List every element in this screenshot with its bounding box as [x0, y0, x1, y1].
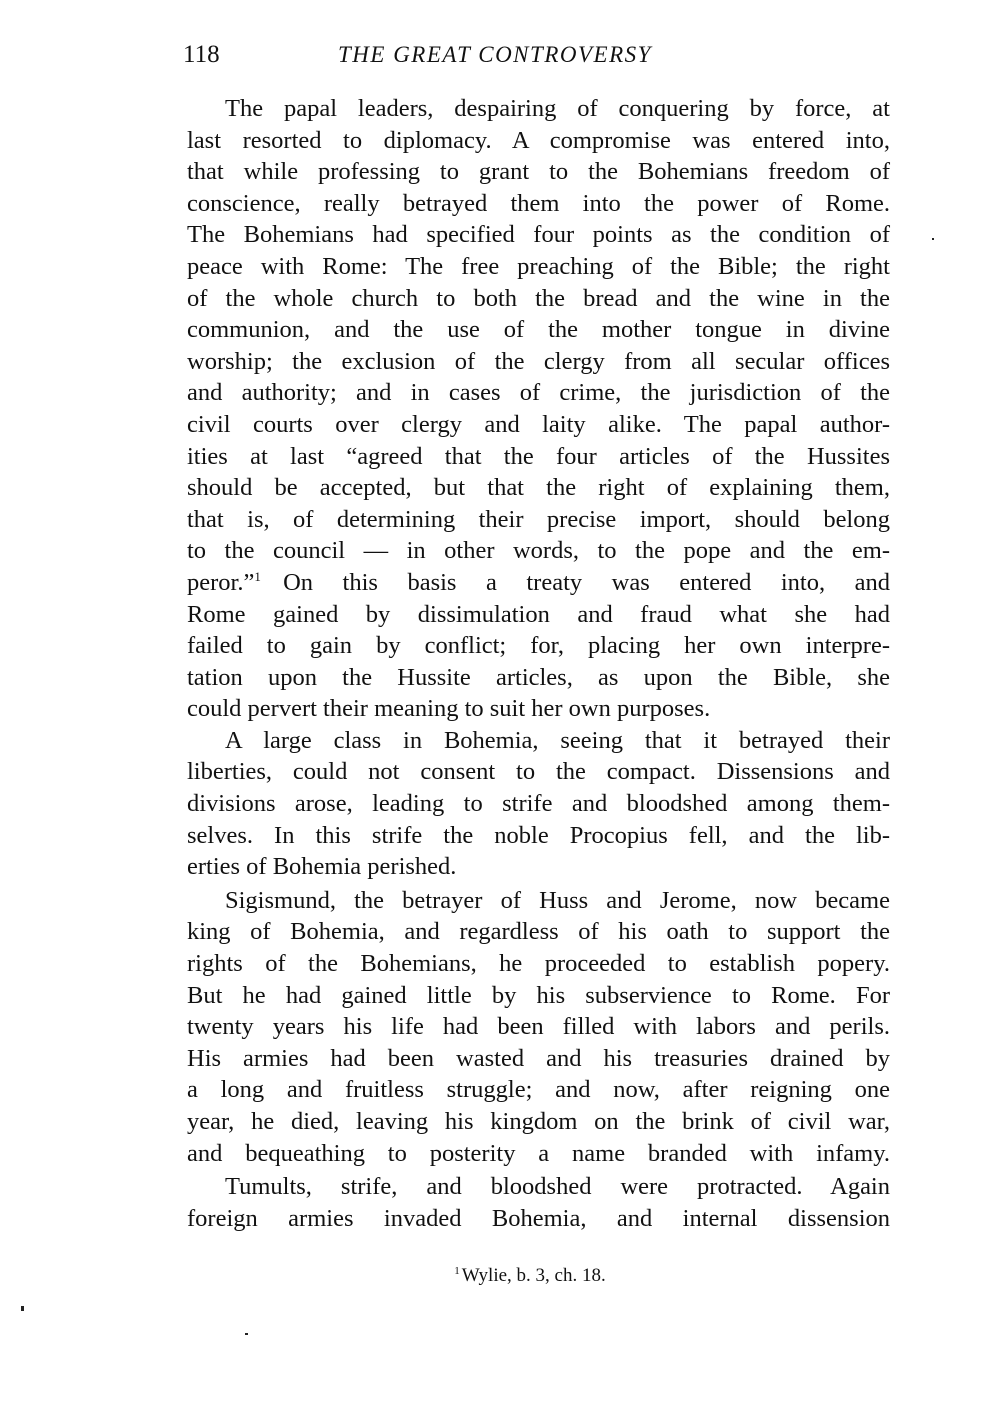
- paragraph: The papal leaders, despairing of conquer…: [187, 93, 890, 725]
- text-line: of the whole church to both the bread an…: [187, 283, 890, 315]
- text-line: Tumults, strife, and bloodshed were prot…: [187, 1171, 890, 1203]
- text-line: The Bohemians had specified four points …: [187, 219, 890, 251]
- text-line: that while professing to grant to the Bo…: [187, 156, 890, 188]
- text-line: civil courts over clergy and laity alike…: [187, 409, 890, 441]
- paragraph: Tumults, strife, and bloodshed were prot…: [187, 1171, 890, 1234]
- text-line: king of Bohemia, and regardless of his o…: [187, 916, 890, 948]
- text-line: a long and fruitless struggle; and now, …: [187, 1074, 890, 1106]
- scan-speck: [21, 1306, 24, 1311]
- text-line: Sigismund, the betrayer of Huss and Jero…: [187, 885, 890, 917]
- text-line: divisions arose, leading to strife and b…: [187, 788, 890, 820]
- running-title: THE GREAT CONTROVERSY: [338, 38, 652, 72]
- text-line: and authority; and in cases of crime, th…: [187, 377, 890, 409]
- text-line: A large class in Bohemia, seeing that it…: [187, 725, 890, 757]
- scan-speck: [932, 238, 934, 240]
- footnote-text: Wylie, b. 3, ch. 18.: [462, 1265, 606, 1286]
- text-line: could pervert their meaning to suit her …: [187, 693, 890, 725]
- text-line: selves. In this strife the noble Procopi…: [187, 820, 890, 852]
- text-line-with-footnote-ref: peror.”1 On this basis a treaty was ente…: [187, 567, 890, 599]
- text-line: and bequeathing to posterity a name bran…: [187, 1138, 890, 1170]
- footnote: 1Wylie, b. 3, ch. 18.: [0, 1262, 1000, 1290]
- text-line: twenty years his life had been filled wi…: [187, 1011, 890, 1043]
- footnote-mark: 1: [454, 1265, 460, 1277]
- text-line: year, he died, leaving his kingdom on th…: [187, 1106, 890, 1138]
- page-number: 118: [183, 38, 220, 72]
- text-line: His armies had been wasted and his treas…: [187, 1043, 890, 1075]
- text-line: tation upon the Hussite articles, as upo…: [187, 662, 890, 694]
- text-line: The papal leaders, despairing of conquer…: [187, 93, 890, 125]
- text-line: that is, of determining their precise im…: [187, 504, 890, 536]
- running-header: 118 THE GREAT CONTROVERSY: [183, 38, 890, 72]
- text-line: conscience, really betrayed them into th…: [187, 188, 890, 220]
- scan-speck: [245, 1333, 248, 1335]
- text-line: Rome gained by dissimulation and fraud w…: [187, 599, 890, 631]
- paragraph: A large class in Bohemia, seeing that it…: [187, 725, 890, 883]
- text-line: erties of Bohemia perished.: [187, 851, 890, 883]
- text-line: foreign armies invaded Bohemia, and inte…: [187, 1203, 890, 1235]
- text-line: communion, and the use of the mother ton…: [187, 314, 890, 346]
- text-line: peace with Rome: The free preaching of t…: [187, 251, 890, 283]
- text-line: last resorted to diplomacy. A compromise…: [187, 125, 890, 157]
- text-fragment: peror.”: [187, 569, 254, 596]
- text-line: failed to gain by conflict; for, placing…: [187, 630, 890, 662]
- text-line: ities at last “agreed that the four arti…: [187, 441, 890, 473]
- text-line: to the council — in other words, to the …: [187, 535, 890, 567]
- text-line: rights of the Bohemians, he proceeded to…: [187, 948, 890, 980]
- body-text: The papal leaders, despairing of conquer…: [187, 93, 890, 1234]
- text-line: should be accepted, but that the right o…: [187, 472, 890, 504]
- text-line: liberties, could not consent to the comp…: [187, 756, 890, 788]
- text-line: But he had gained little by his subservi…: [187, 980, 890, 1012]
- paragraph: Sigismund, the betrayer of Huss and Jero…: [187, 885, 890, 1169]
- text-line: worship; the exclusion of the clergy fro…: [187, 346, 890, 378]
- text-fragment: On this basis a treaty was entered into,…: [273, 567, 890, 599]
